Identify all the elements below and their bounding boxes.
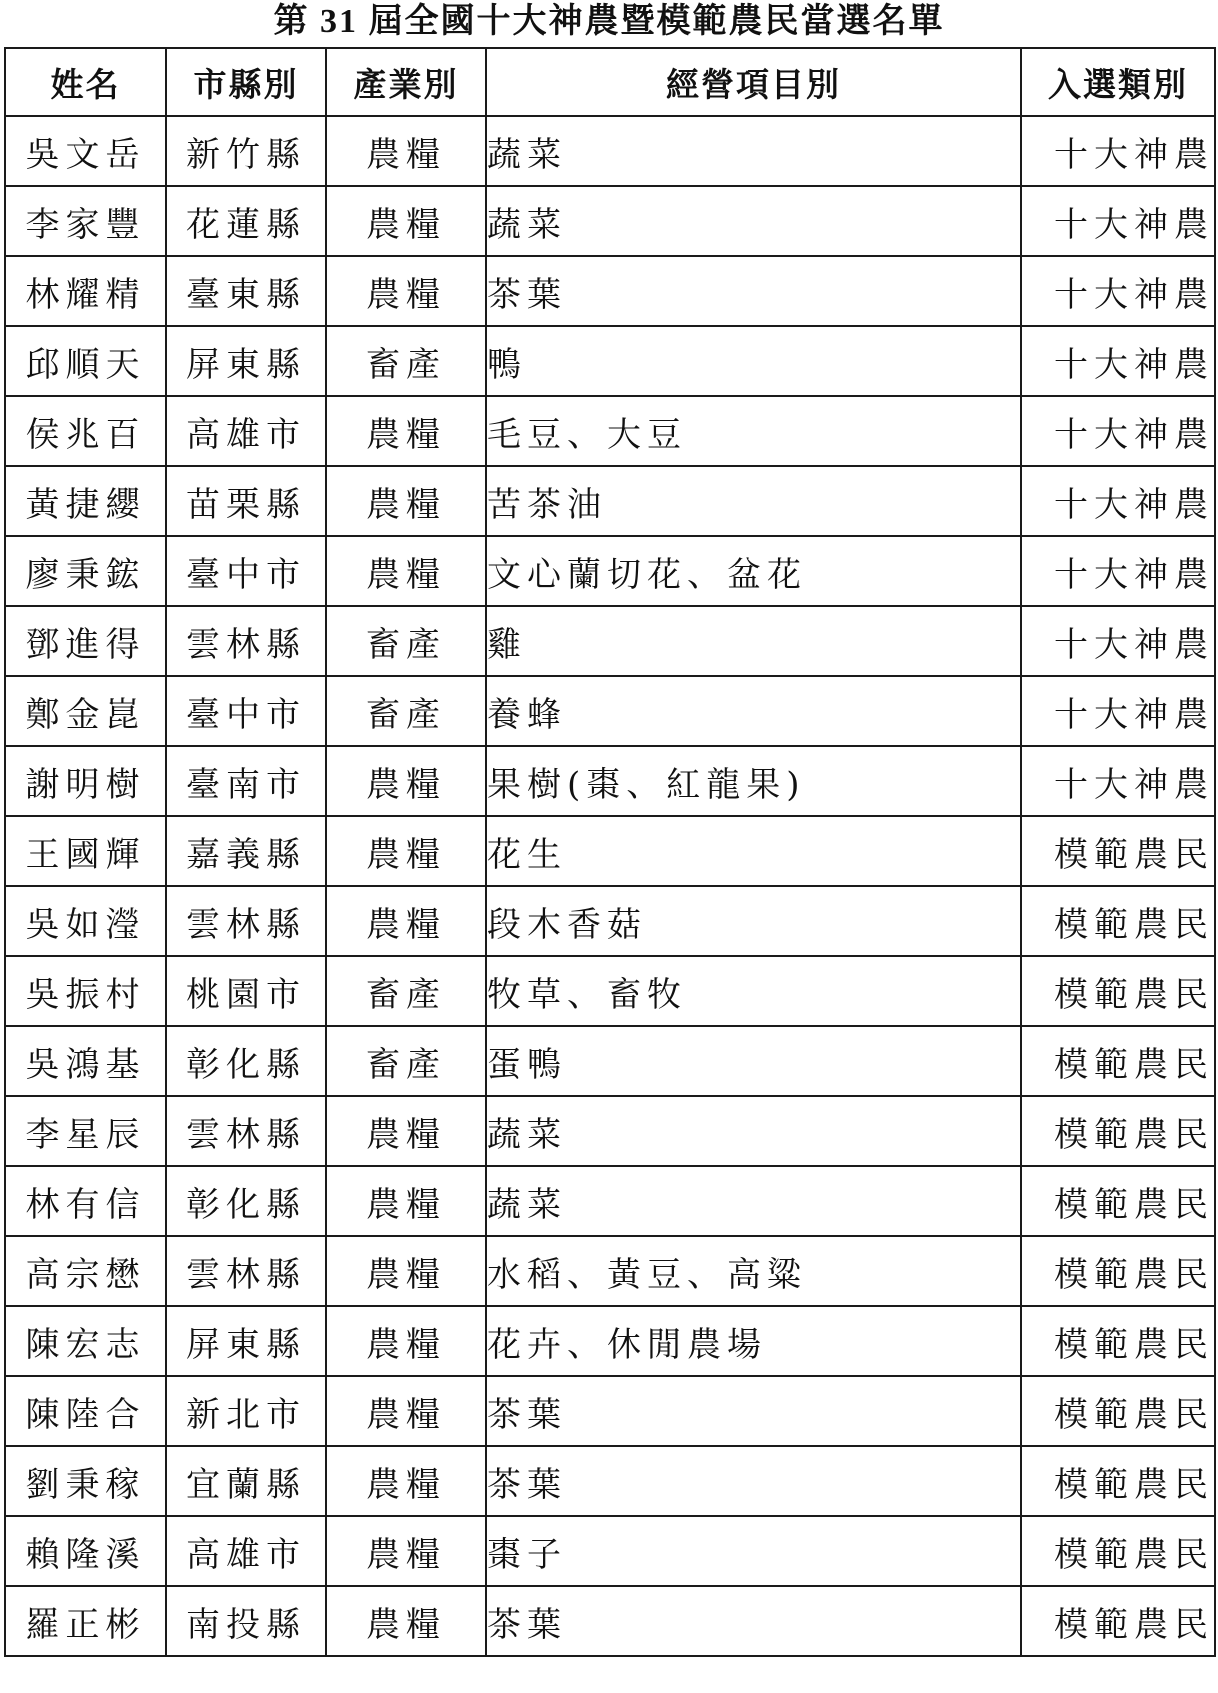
table-row: 黃捷纓 苗栗縣 農糧 苦茶油 十大神農 <box>5 466 1215 536</box>
cell-industry: 畜產 <box>326 676 486 746</box>
cell-industry: 農糧 <box>326 816 486 886</box>
cell-industry: 畜產 <box>326 1026 486 1096</box>
header-item: 經營項目別 <box>486 48 1021 116</box>
cell-item: 段木香菇 <box>486 886 1021 956</box>
cell-industry: 農糧 <box>326 536 486 606</box>
cell-item: 蔬菜 <box>486 1166 1021 1236</box>
cell-county: 桃園市 <box>166 956 326 1026</box>
cell-category: 模範農民 <box>1021 956 1215 1026</box>
winners-table: 姓名 市縣別 產業別 經營項目別 入選類別 吳文岳 新竹縣 農糧 蔬菜 十大神農… <box>4 47 1216 1657</box>
cell-county: 雲林縣 <box>166 1096 326 1166</box>
cell-county: 雲林縣 <box>166 1236 326 1306</box>
cell-county: 嘉義縣 <box>166 816 326 886</box>
header-category: 入選類別 <box>1021 48 1215 116</box>
table-row: 羅正彬 南投縣 農糧 茶葉 模範農民 <box>5 1586 1215 1656</box>
cell-industry: 農糧 <box>326 1096 486 1166</box>
cell-category: 十大神農 <box>1021 326 1215 396</box>
header-name: 姓名 <box>5 48 166 116</box>
table-row: 侯兆百 高雄市 農糧 毛豆、大豆 十大神農 <box>5 396 1215 466</box>
cell-item: 花卉、休閒農場 <box>486 1306 1021 1376</box>
table-row: 鄭金崑 臺中市 畜產 養蜂 十大神農 <box>5 676 1215 746</box>
cell-name: 羅正彬 <box>5 1586 166 1656</box>
cell-county: 高雄市 <box>166 396 326 466</box>
cell-item: 花生 <box>486 816 1021 886</box>
cell-name: 吳鴻基 <box>5 1026 166 1096</box>
cell-industry: 農糧 <box>326 1586 486 1656</box>
cell-item: 牧草、畜牧 <box>486 956 1021 1026</box>
cell-industry: 農糧 <box>326 1306 486 1376</box>
cell-category: 模範農民 <box>1021 1026 1215 1096</box>
cell-name: 鄧進得 <box>5 606 166 676</box>
cell-item: 水稻、黃豆、高粱 <box>486 1236 1021 1306</box>
cell-item: 果樹(棗、紅龍果) <box>486 746 1021 816</box>
cell-category: 模範農民 <box>1021 1236 1215 1306</box>
cell-industry: 農糧 <box>326 1376 486 1446</box>
cell-item: 茶葉 <box>486 1586 1021 1656</box>
cell-industry: 農糧 <box>326 1236 486 1306</box>
cell-industry: 畜產 <box>326 606 486 676</box>
cell-item: 蛋鴨 <box>486 1026 1021 1096</box>
cell-category: 十大神農 <box>1021 606 1215 676</box>
cell-name: 李星辰 <box>5 1096 166 1166</box>
cell-industry: 畜產 <box>326 326 486 396</box>
cell-county: 臺中市 <box>166 536 326 606</box>
table-row: 邱順天 屏東縣 畜產 鴨 十大神農 <box>5 326 1215 396</box>
cell-item: 毛豆、大豆 <box>486 396 1021 466</box>
cell-industry: 農糧 <box>326 886 486 956</box>
table-row: 林有信 彰化縣 農糧 蔬菜 模範農民 <box>5 1166 1215 1236</box>
cell-category: 模範農民 <box>1021 816 1215 886</box>
cell-category: 十大神農 <box>1021 116 1215 186</box>
cell-item: 棗子 <box>486 1516 1021 1586</box>
cell-category: 十大神農 <box>1021 186 1215 256</box>
cell-name: 劉秉稼 <box>5 1446 166 1516</box>
table-row: 廖秉鋐 臺中市 農糧 文心蘭切花、盆花 十大神農 <box>5 536 1215 606</box>
table-row: 陳陸合 新北市 農糧 茶葉 模範農民 <box>5 1376 1215 1446</box>
cell-county: 苗栗縣 <box>166 466 326 536</box>
cell-item: 蔬菜 <box>486 186 1021 256</box>
cell-category: 十大神農 <box>1021 396 1215 466</box>
table-row: 陳宏志 屏東縣 農糧 花卉、休閒農場 模範農民 <box>5 1306 1215 1376</box>
table-row: 李家豐 花蓮縣 農糧 蔬菜 十大神農 <box>5 186 1215 256</box>
cell-item: 茶葉 <box>486 1446 1021 1516</box>
table-row: 吳鴻基 彰化縣 畜產 蛋鴨 模範農民 <box>5 1026 1215 1096</box>
cell-county: 花蓮縣 <box>166 186 326 256</box>
cell-item: 文心蘭切花、盆花 <box>486 536 1021 606</box>
cell-industry: 畜產 <box>326 956 486 1026</box>
cell-county: 南投縣 <box>166 1586 326 1656</box>
table-row: 謝明樹 臺南市 農糧 果樹(棗、紅龍果) 十大神農 <box>5 746 1215 816</box>
cell-category: 模範農民 <box>1021 1306 1215 1376</box>
cell-county: 新北市 <box>166 1376 326 1446</box>
cell-name: 李家豐 <box>5 186 166 256</box>
cell-category: 模範農民 <box>1021 1376 1215 1446</box>
cell-item: 茶葉 <box>486 256 1021 326</box>
cell-industry: 農糧 <box>326 1446 486 1516</box>
cell-name: 吳如瀅 <box>5 886 166 956</box>
header-county: 市縣別 <box>166 48 326 116</box>
cell-industry: 農糧 <box>326 466 486 536</box>
cell-category: 模範農民 <box>1021 1096 1215 1166</box>
cell-category: 十大神農 <box>1021 466 1215 536</box>
cell-name: 謝明樹 <box>5 746 166 816</box>
cell-industry: 農糧 <box>326 116 486 186</box>
cell-name: 林有信 <box>5 1166 166 1236</box>
cell-name: 鄭金崑 <box>5 676 166 746</box>
table-row: 林耀精 臺東縣 農糧 茶葉 十大神農 <box>5 256 1215 326</box>
cell-category: 模範農民 <box>1021 1586 1215 1656</box>
cell-industry: 農糧 <box>326 1166 486 1236</box>
cell-industry: 農糧 <box>326 1516 486 1586</box>
cell-name: 侯兆百 <box>5 396 166 466</box>
table-row: 吳如瀅 雲林縣 農糧 段木香菇 模範農民 <box>5 886 1215 956</box>
cell-name: 林耀精 <box>5 256 166 326</box>
cell-industry: 農糧 <box>326 396 486 466</box>
table-row: 賴隆溪 高雄市 農糧 棗子 模範農民 <box>5 1516 1215 1586</box>
cell-category: 模範農民 <box>1021 1516 1215 1586</box>
cell-county: 新竹縣 <box>166 116 326 186</box>
cell-name: 邱順天 <box>5 326 166 396</box>
cell-category: 十大神農 <box>1021 536 1215 606</box>
cell-industry: 農糧 <box>326 746 486 816</box>
cell-category: 十大神農 <box>1021 746 1215 816</box>
table-row: 劉秉稼 宜蘭縣 農糧 茶葉 模範農民 <box>5 1446 1215 1516</box>
cell-item: 蔬菜 <box>486 1096 1021 1166</box>
cell-county: 宜蘭縣 <box>166 1446 326 1516</box>
cell-category: 十大神農 <box>1021 676 1215 746</box>
cell-name: 陳陸合 <box>5 1376 166 1446</box>
cell-item: 蔬菜 <box>486 116 1021 186</box>
cell-item: 雞 <box>486 606 1021 676</box>
cell-category: 十大神農 <box>1021 256 1215 326</box>
cell-county: 臺南市 <box>166 746 326 816</box>
cell-county: 雲林縣 <box>166 606 326 676</box>
header-row: 姓名 市縣別 產業別 經營項目別 入選類別 <box>5 48 1215 116</box>
document-title: 第 31 屆全國十大神農暨模範農民當選名單 <box>0 0 1218 44</box>
cell-item: 苦茶油 <box>486 466 1021 536</box>
cell-county: 雲林縣 <box>166 886 326 956</box>
cell-county: 彰化縣 <box>166 1166 326 1236</box>
cell-county: 屏東縣 <box>166 1306 326 1376</box>
cell-industry: 農糧 <box>326 186 486 256</box>
cell-name: 廖秉鋐 <box>5 536 166 606</box>
cell-category: 模範農民 <box>1021 1446 1215 1516</box>
cell-name: 吳文岳 <box>5 116 166 186</box>
cell-name: 王國輝 <box>5 816 166 886</box>
cell-county: 屏東縣 <box>166 326 326 396</box>
cell-county: 臺東縣 <box>166 256 326 326</box>
table-row: 高宗懋 雲林縣 農糧 水稻、黃豆、高粱 模範農民 <box>5 1236 1215 1306</box>
table-row: 王國輝 嘉義縣 農糧 花生 模範農民 <box>5 816 1215 886</box>
cell-name: 賴隆溪 <box>5 1516 166 1586</box>
cell-industry: 農糧 <box>326 256 486 326</box>
cell-name: 黃捷纓 <box>5 466 166 536</box>
header-industry: 產業別 <box>326 48 486 116</box>
cell-category: 模範農民 <box>1021 886 1215 956</box>
cell-item: 鴨 <box>486 326 1021 396</box>
cell-name: 吳振村 <box>5 956 166 1026</box>
cell-name: 陳宏志 <box>5 1306 166 1376</box>
cell-category: 模範農民 <box>1021 1166 1215 1236</box>
cell-name: 高宗懋 <box>5 1236 166 1306</box>
table-row: 吳文岳 新竹縣 農糧 蔬菜 十大神農 <box>5 116 1215 186</box>
table-row: 李星辰 雲林縣 農糧 蔬菜 模範農民 <box>5 1096 1215 1166</box>
table-row: 鄧進得 雲林縣 畜產 雞 十大神農 <box>5 606 1215 676</box>
cell-county: 臺中市 <box>166 676 326 746</box>
cell-item: 養蜂 <box>486 676 1021 746</box>
cell-county: 高雄市 <box>166 1516 326 1586</box>
table-row: 吳振村 桃園市 畜產 牧草、畜牧 模範農民 <box>5 956 1215 1026</box>
cell-item: 茶葉 <box>486 1376 1021 1446</box>
cell-county: 彰化縣 <box>166 1026 326 1096</box>
